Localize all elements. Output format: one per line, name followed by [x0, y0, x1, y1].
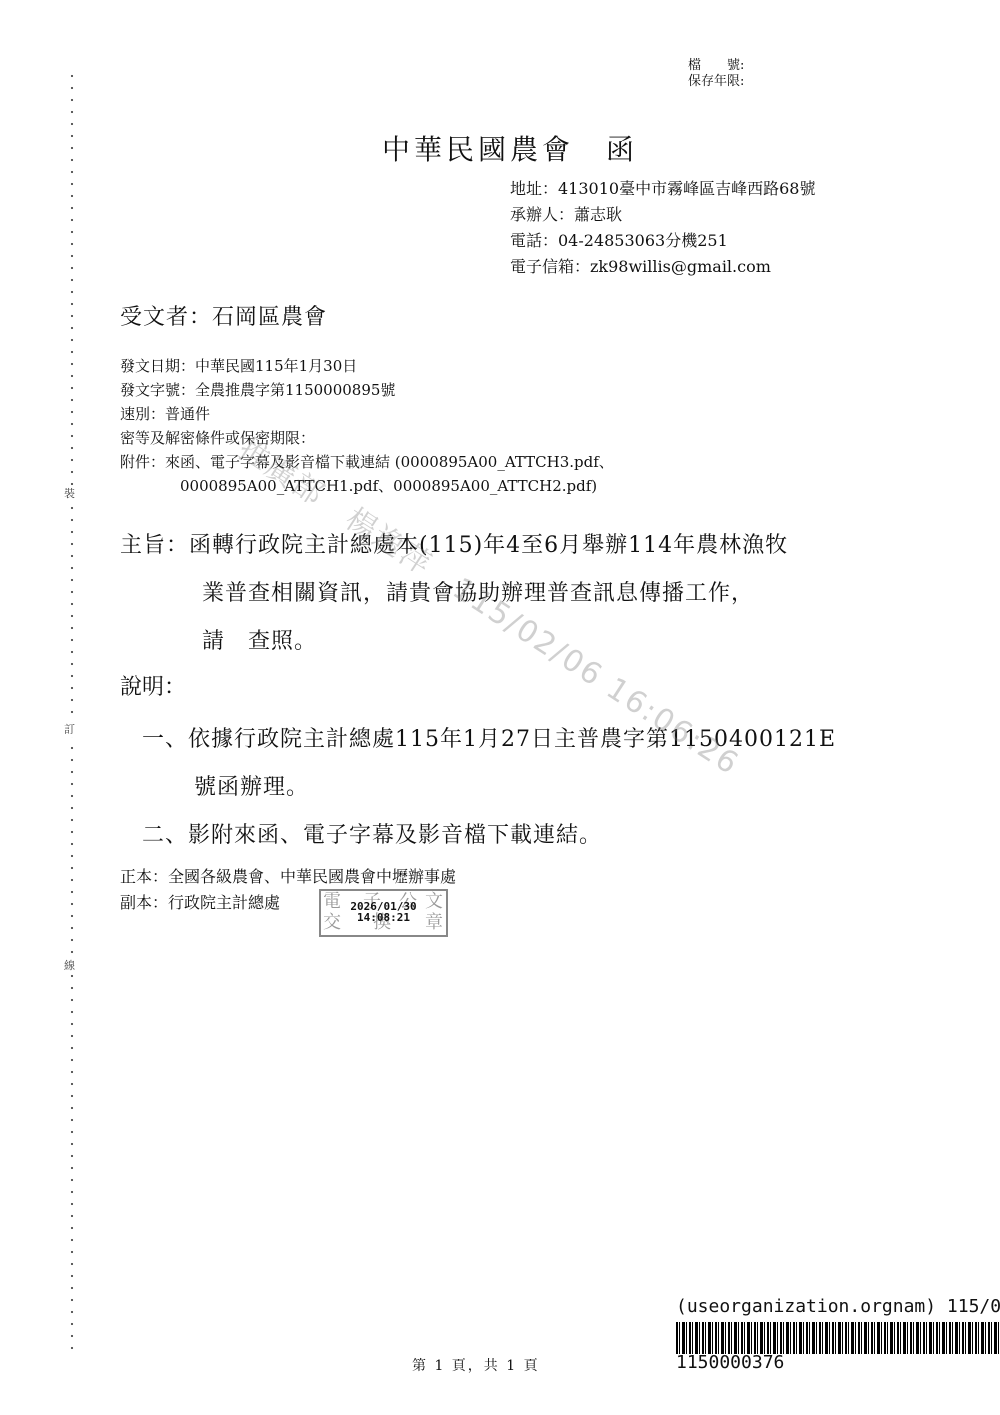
original-recipients: 正本：全國各級農會、中華民國農會中壢辦事處 [120, 864, 456, 890]
document-title: 中華民國農會 函 [382, 128, 638, 168]
sender-email: 電子信箱：zk98willis@gmail.com [510, 254, 815, 280]
attachments-line-2: 0000895A00_ATTCH1.pdf、0000895A00_ATTCH2.… [120, 474, 614, 498]
retention-period-label: 保存年限: [688, 74, 744, 90]
issue-date: 發文日期：中華民國115年1月30日 [120, 354, 614, 378]
explanation-label: 說明： [120, 670, 186, 701]
recipient: 受文者：石岡區農會 [120, 300, 327, 331]
binding-mark-ding: 訂 [64, 723, 75, 737]
barcode-caption: (useorganization.orgnam) 115/01/3 [676, 1296, 1000, 1317]
sender-handler: 承辦人：蕭志耿 [510, 202, 815, 228]
attachments-line-1: 附件：來函、電子字幕及影音檔下載連結 (0000895A00_ATTCH3.pd… [120, 450, 614, 474]
sender-info: 地址：413010臺中市霧峰區吉峰西路68號 承辦人：蕭志耿 電話：04-248… [510, 176, 815, 280]
stamp-time: 14:08:21 [321, 912, 446, 923]
binding-mark-zhuang: 裝 [64, 487, 75, 501]
binding-mark-xian: 線 [64, 959, 75, 973]
delivery-speed: 速別：普通件 [120, 402, 614, 426]
binding-margin-dotted-line [70, 70, 74, 1350]
subject-line-3: 請 查照。 [120, 618, 788, 666]
page-number: 第 1 頁，共 1 頁 [412, 1355, 540, 1375]
document-number: 發文字號：全農推農字第1150000895號 [120, 378, 614, 402]
document-meta: 發文日期：中華民國115年1月30日 發文字號：全農推農字第1150000895… [120, 354, 614, 498]
barcode [676, 1322, 1000, 1354]
sender-phone: 電話：04-24853063分機251 [510, 228, 815, 254]
sender-address: 地址：413010臺中市霧峰區吉峰西路68號 [510, 176, 815, 202]
stamp-datetime: 2026/01/30 14:08:21 [321, 901, 446, 923]
file-number-label: 檔 號: [688, 58, 744, 74]
file-meta: 檔 號: 保存年限: [688, 58, 744, 90]
explanation-item-2: 二、影附來函、電子字幕及影音檔下載連結。 [142, 812, 836, 860]
classification: 密等及解密條件或保密期限： [120, 426, 614, 450]
electronic-exchange-stamp: 電 子 公 文 交 換 章 2026/01/30 14:08:21 [319, 889, 448, 937]
barcode-number: 1150000376 [676, 1352, 784, 1373]
